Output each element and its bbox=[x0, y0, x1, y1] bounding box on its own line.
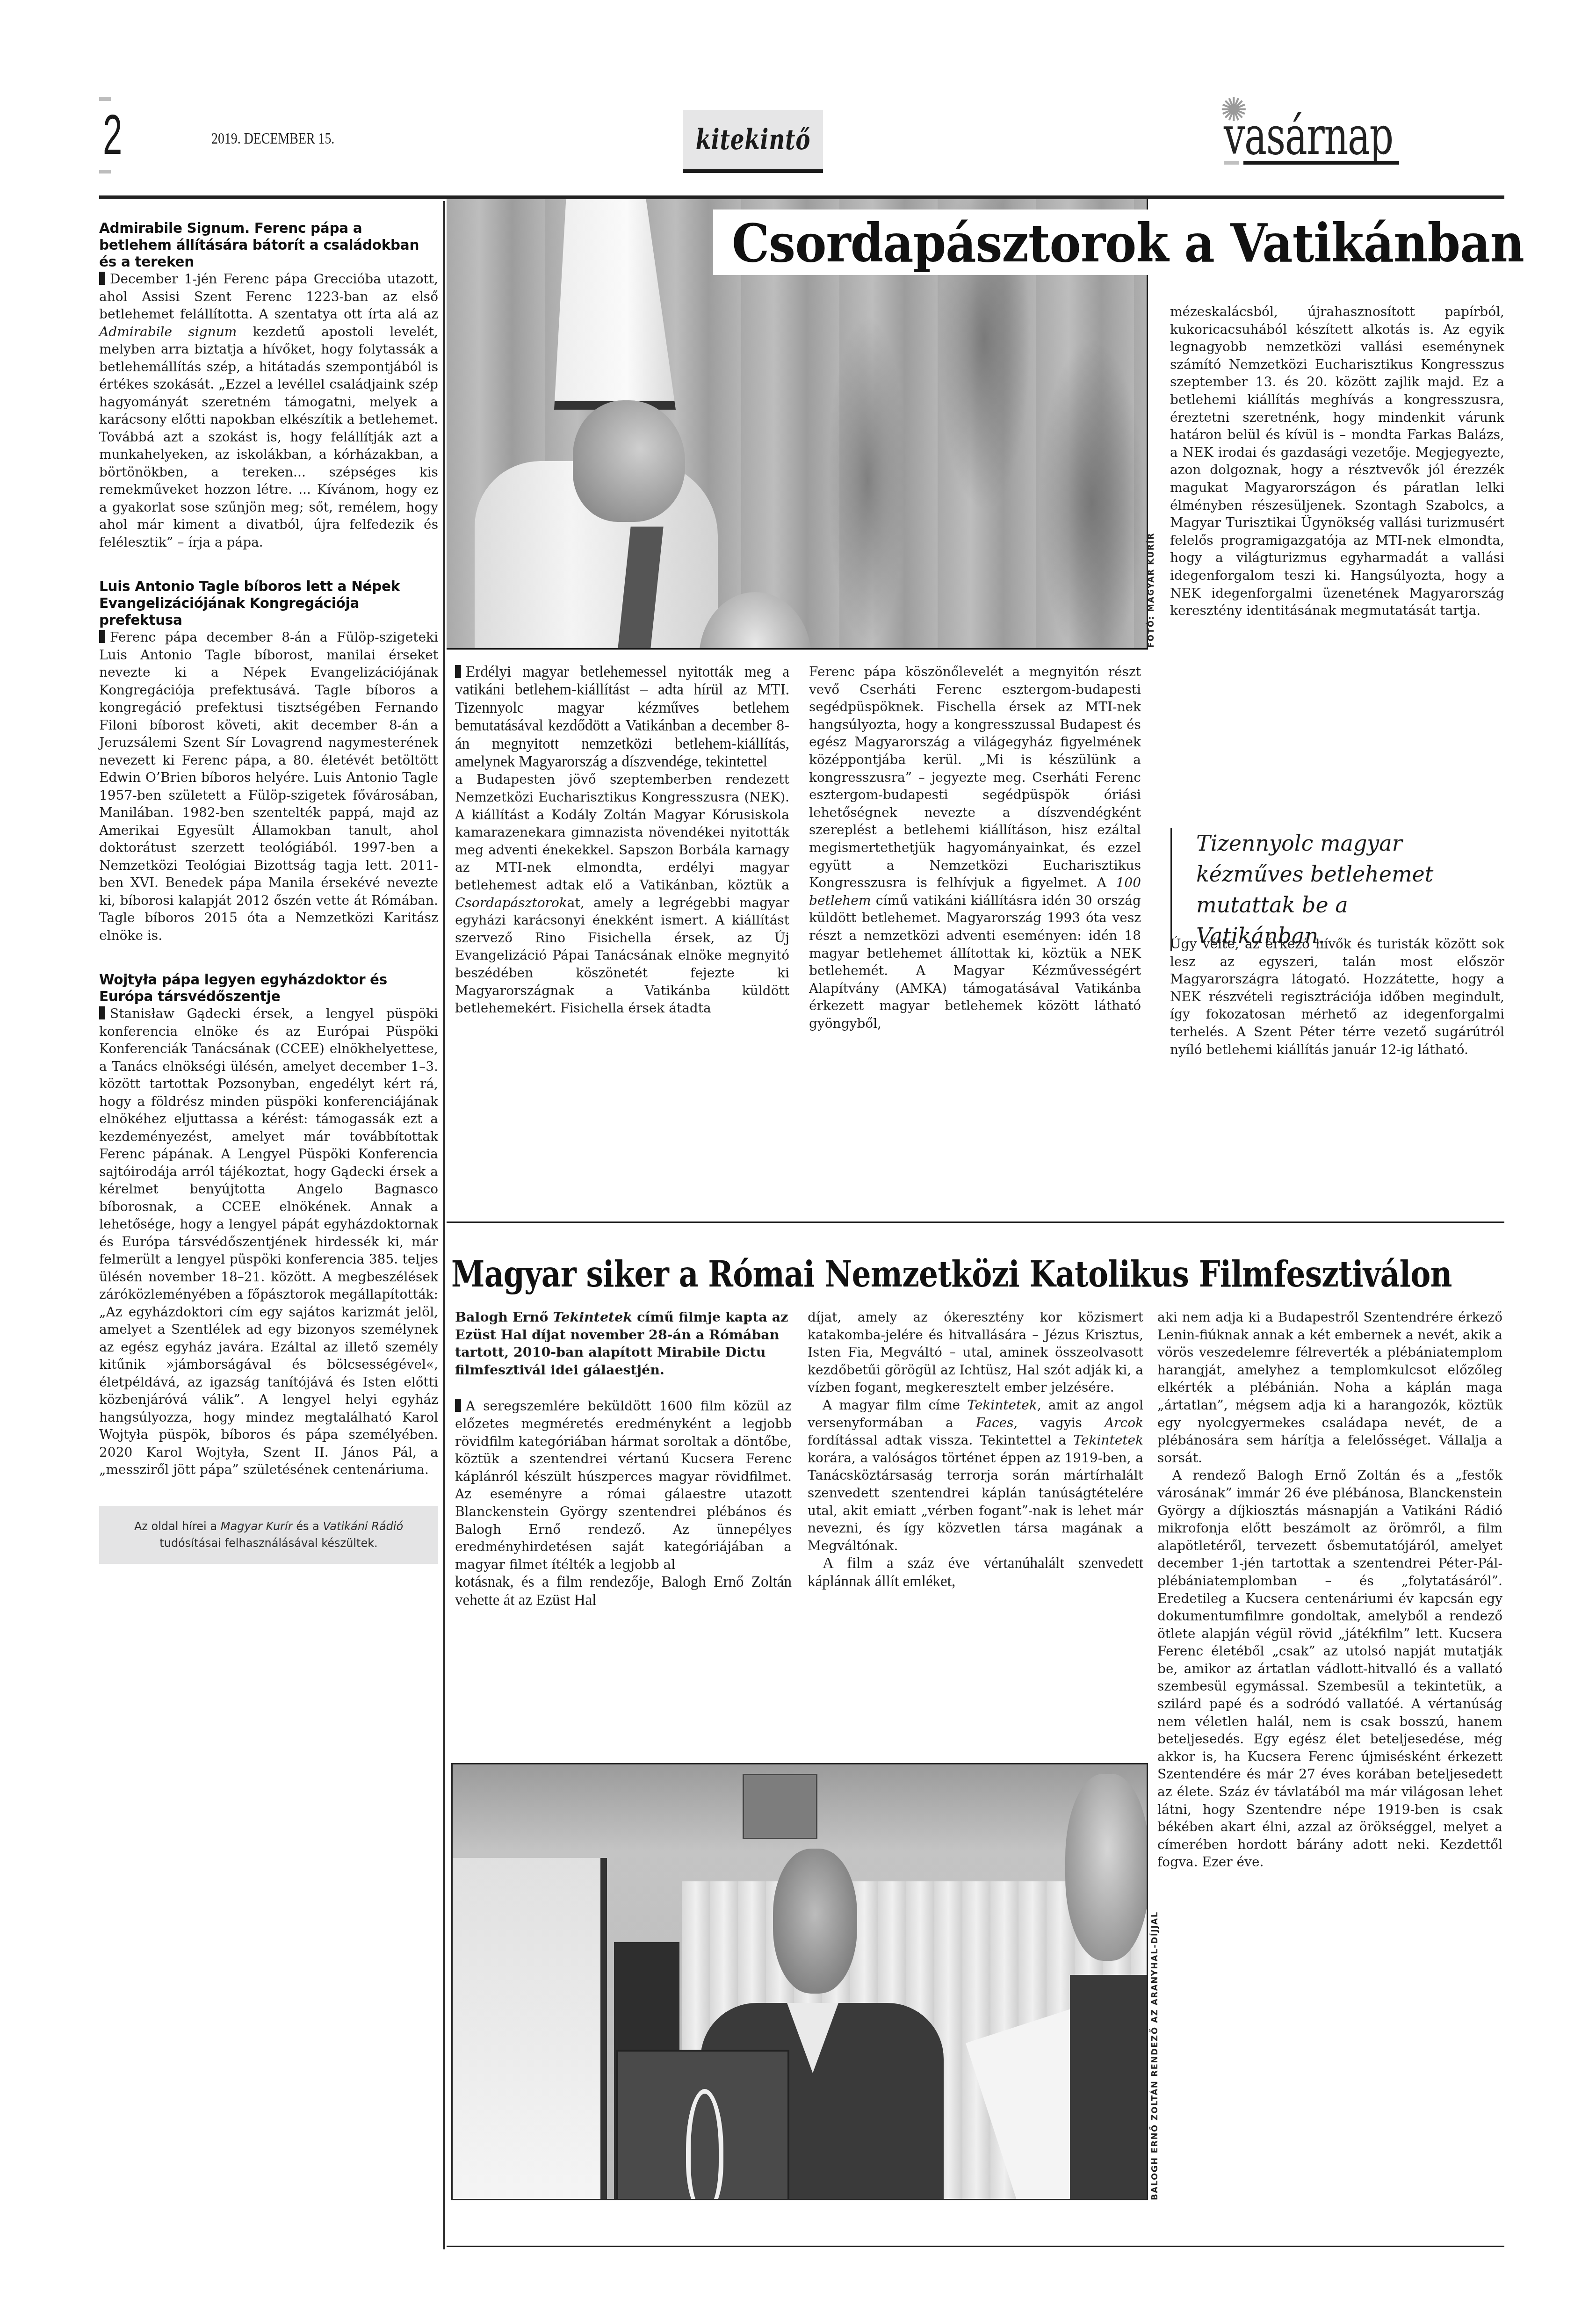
source-note: Az oldal hírei a Magyar Kurír és a Vatik… bbox=[99, 1506, 438, 1564]
article-body: díjat, amely az ókeresztény kor közismer… bbox=[808, 1308, 1143, 1396]
brand-logo: ✺ vasárnap bbox=[1224, 94, 1401, 168]
brief-headline: Luis Antonio Tagle bíboros lett a Népek … bbox=[99, 578, 438, 629]
brief-body: December 1-jén Ferenc pápa Grecció­ba ut… bbox=[99, 270, 438, 551]
issue-date: 2019. DECEMBER 15. bbox=[211, 130, 334, 148]
news-briefs-column: Admirabile Signum. Ferenc pápa a betlehe… bbox=[99, 220, 438, 1564]
page-number-top-bar bbox=[99, 97, 111, 101]
ichthys-fish-icon bbox=[686, 2089, 723, 2200]
projection-screen bbox=[453, 1858, 607, 2200]
article-body: Ferenc pápa köszönőlevelét a megnyitón r… bbox=[809, 663, 1141, 1032]
person-presenter bbox=[1056, 1774, 1148, 2200]
pope-mitre bbox=[554, 199, 676, 410]
article-column: díjat, amely az ókeresztény kor közismer… bbox=[808, 1308, 1143, 1590]
section-label-text: kitekintő bbox=[695, 123, 810, 156]
exit-sign-icon bbox=[743, 1774, 817, 1839]
photo-caption: BALOGH ERNŐ ZOLTÁN RENDEZŐ AZ ARANYHAL-D… bbox=[1150, 1911, 1160, 2200]
article-body: A magyar film címe Tekintetek, amit az a… bbox=[808, 1396, 1143, 1554]
article-column: Ferenc pápa köszönőlevelét a megnyitón r… bbox=[809, 663, 1141, 1032]
article-headline: Csordapásztorok a Vatikánban bbox=[732, 216, 1524, 271]
article-column: Balogh Ernő Tekintetek című filmje kapta… bbox=[455, 1308, 792, 1609]
brief-body: Ferenc pápa december 8-án a Fülöp-sziget… bbox=[99, 629, 438, 944]
article-headline: Magyar siker a Római Nemzetközi Katoliku… bbox=[451, 1257, 1452, 1292]
pope-face bbox=[573, 400, 685, 522]
brand-underline bbox=[1224, 161, 1399, 165]
article-column: Úgy vélte, az érkező hívők és turisták k… bbox=[1170, 935, 1504, 1058]
header-rule bbox=[99, 195, 1504, 199]
paragraph-marker-icon bbox=[455, 1399, 461, 1412]
article-separator bbox=[447, 1221, 1504, 1223]
photo-credit: FOTÓ: MAGYAR KURÍR bbox=[1147, 532, 1156, 648]
masthead: 2 2019. DECEMBER 15. kitekintő ✺ vasárna… bbox=[99, 0, 1502, 196]
news-brief: Wojtyła pápa legyen egyházdoktor és Euró… bbox=[99, 971, 438, 1479]
article-column: aki nem adja ki a Budapestről Szentendré… bbox=[1157, 1308, 1502, 1871]
news-brief: Admirabile Signum. Ferenc pápa a betlehe… bbox=[99, 220, 438, 551]
article-standfirst: Balogh Ernő Tekintetek című filmje kapta… bbox=[455, 1308, 792, 1379]
column-divider bbox=[443, 201, 445, 2249]
paragraph-marker-icon bbox=[99, 630, 105, 643]
article-body: A rendező Balogh Ernő Zoltán és a „festő… bbox=[1157, 1467, 1502, 1871]
brand-name: vasárnap bbox=[1224, 106, 1393, 166]
page-number-bottom-bar bbox=[99, 170, 111, 173]
news-brief: Luis Antonio Tagle bíboros lett a Népek … bbox=[99, 578, 438, 944]
pull-quote: Tizennyolc magyar kézműves betlehemet mu… bbox=[1170, 828, 1470, 951]
award-photo bbox=[451, 1763, 1148, 2200]
article-lead: Erdélyi magyar betlehemessel nyitották m… bbox=[455, 663, 789, 771]
paragraph-marker-icon bbox=[99, 1006, 105, 1019]
paragraph-marker-icon bbox=[99, 272, 105, 285]
page-number: 2 bbox=[103, 107, 122, 163]
article-body: A seregszemlére beküldött 1600 film közü… bbox=[455, 1397, 792, 1573]
article-body: aki nem adja ki a Budapestről Szentendré… bbox=[1157, 1308, 1502, 1467]
article-body: Úgy vélte, az érkező hívők és turisták k… bbox=[1170, 935, 1504, 1058]
paragraph-marker-icon bbox=[455, 665, 461, 678]
article-body: kotásnak, és a film rendezője, Balogh Er… bbox=[455, 1573, 792, 1609]
brief-body: Stanisław Gądecki érsek, a lengyel püspö… bbox=[99, 1005, 438, 1479]
bottom-rule bbox=[447, 2246, 1504, 2247]
article-body: a Budapesten jövő szeptemberben rendezet… bbox=[455, 771, 789, 1017]
article-body: mézeskalácsból, újrahasznosított papírbó… bbox=[1170, 303, 1504, 620]
award-box bbox=[616, 2050, 789, 2200]
article-column: Erdélyi magyar betlehemessel nyitották m… bbox=[455, 663, 789, 1017]
article-body: A film a száz éve vértanúhalált szenvede… bbox=[808, 1554, 1143, 1590]
brief-headline: Wojtyła pápa legyen egyházdoktor és Euró… bbox=[99, 971, 438, 1005]
section-label: kitekintő bbox=[683, 110, 823, 173]
article-column: mézeskalácsból, újrahasznosított papírbó… bbox=[1170, 303, 1504, 620]
brief-headline: Admirabile Signum. Ferenc pápa a betlehe… bbox=[99, 220, 438, 270]
